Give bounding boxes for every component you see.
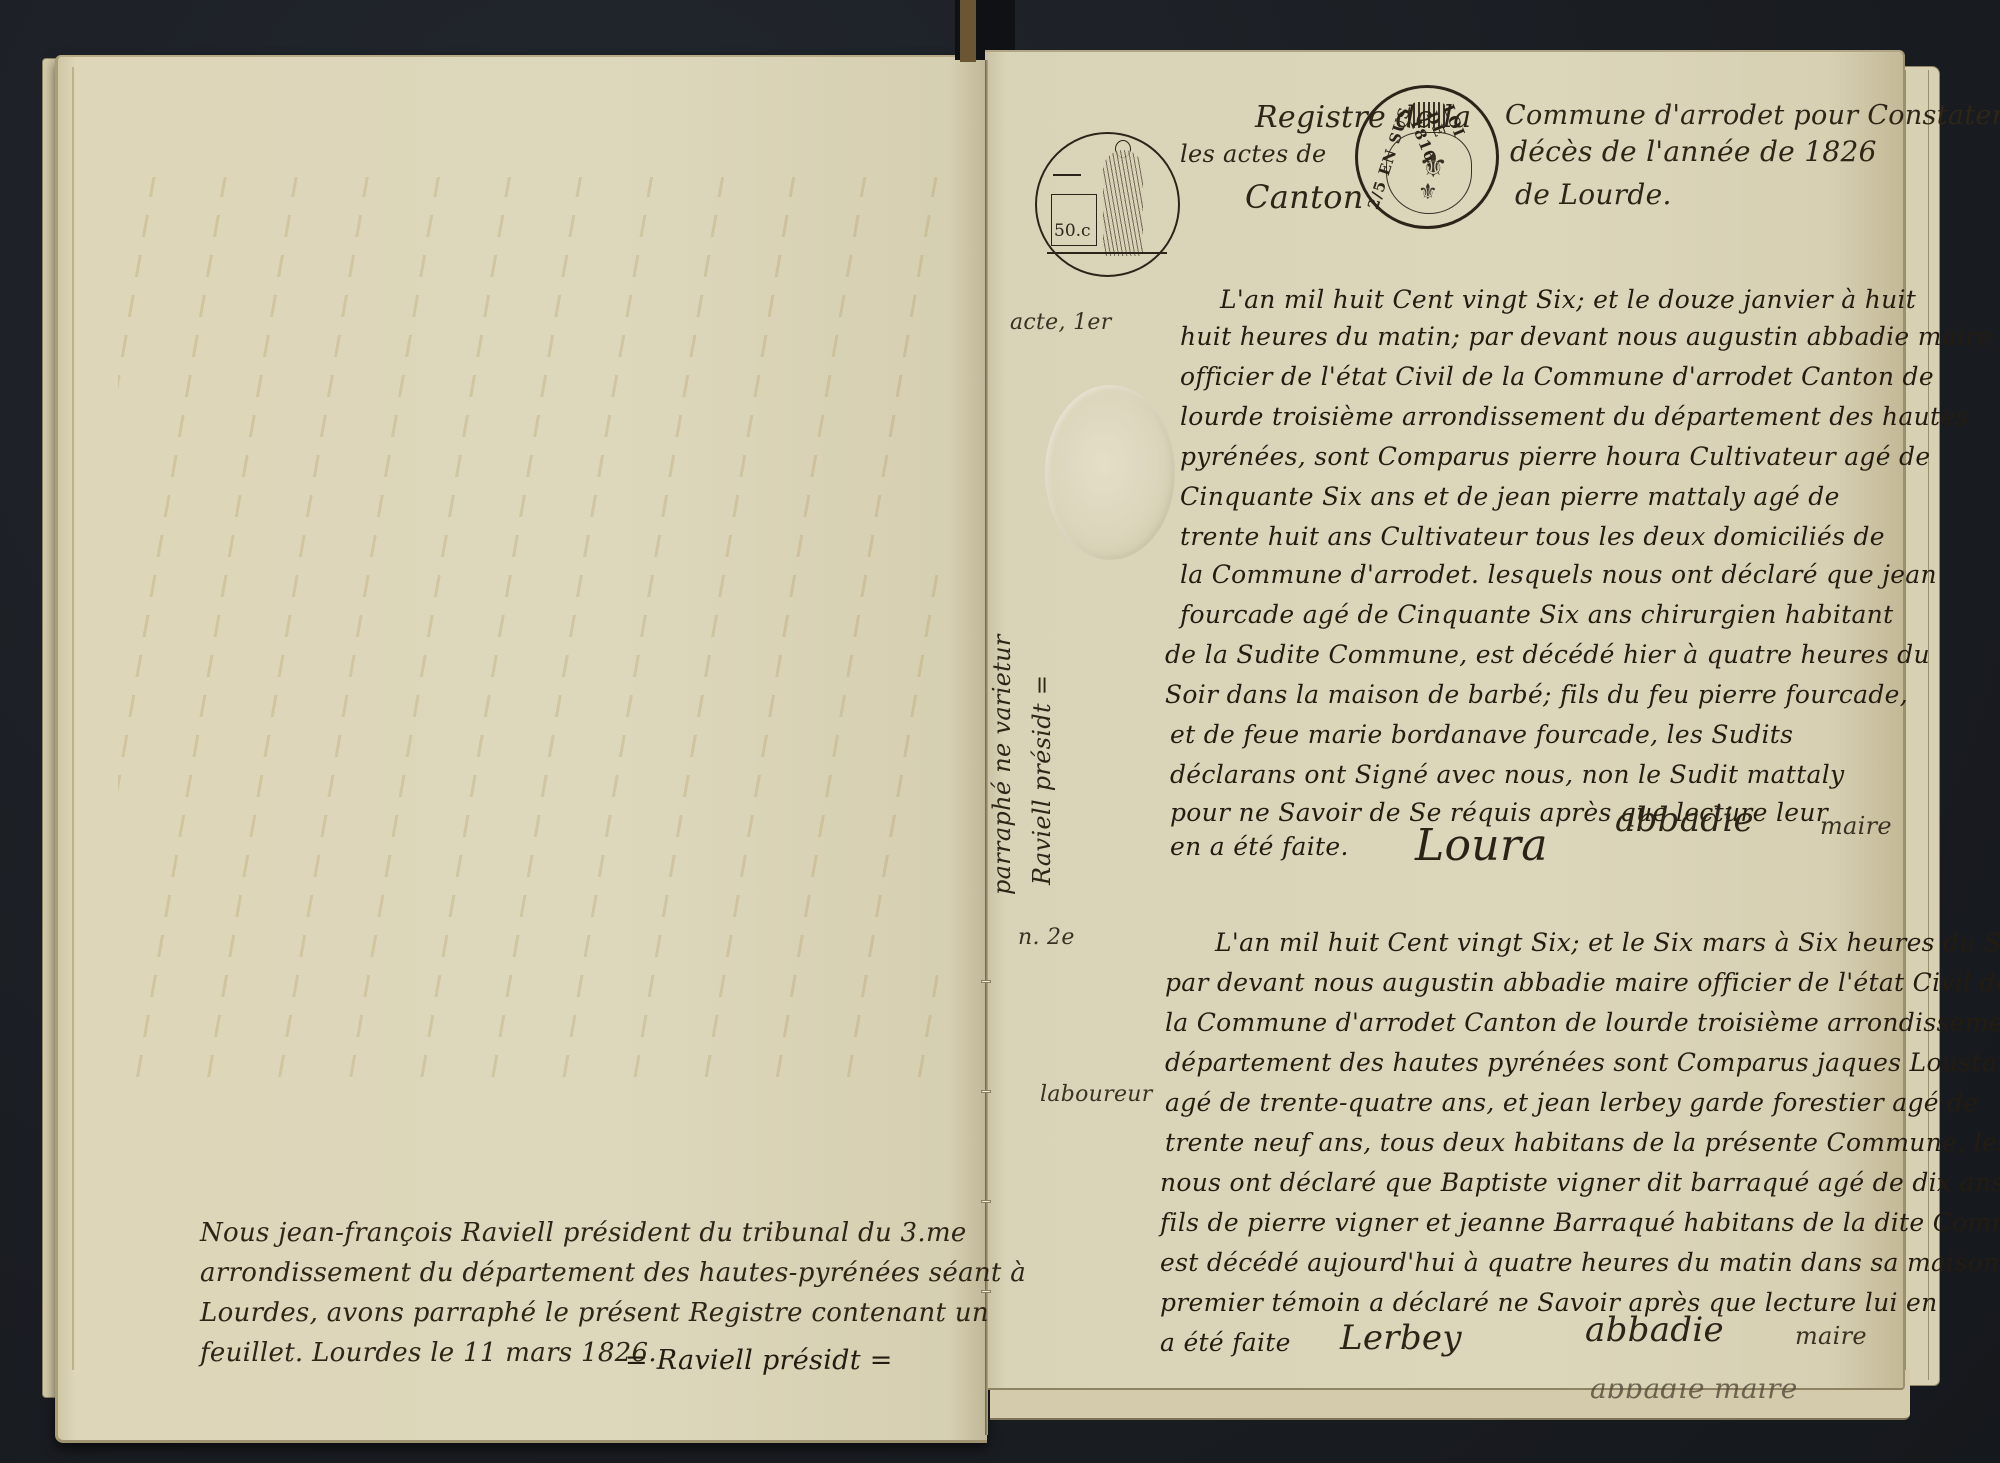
stamp-base-line bbox=[1047, 252, 1167, 254]
act2-line: L'an mil huit Cent vingt Six; et le Six … bbox=[1215, 928, 2000, 957]
act1-line: en a été faite. bbox=[1170, 832, 1349, 861]
act1-line: de la Sudite Commune, est décédé hier à … bbox=[1165, 640, 1930, 669]
fleur-de-lis-small-icon: ⚜ bbox=[1418, 180, 1438, 205]
act2-margin-label: n. 2e bbox=[1018, 925, 1075, 950]
vertical-margin-note-line2: Raviell présidt = bbox=[1028, 675, 1056, 885]
heading-line2-left: les actes de bbox=[1180, 140, 1327, 168]
heading-line2-right: décès de l'année de 1826 bbox=[1510, 135, 1877, 168]
act2-mayor-title: maire bbox=[1795, 1322, 1867, 1350]
act1-line: huit heures du matin; par devant nous au… bbox=[1180, 322, 1993, 351]
act2-line: département des hautes pyrénées sont Com… bbox=[1165, 1048, 2000, 1077]
scales-icon bbox=[1053, 174, 1081, 176]
act2-line: la Commune d'arrodet Canton de lourde tr… bbox=[1165, 1008, 2000, 1037]
binding-stitch bbox=[981, 980, 991, 983]
act2-line: nous ont déclaré que Baptiste vigner dit… bbox=[1160, 1168, 2000, 1197]
justice-figure bbox=[1103, 150, 1143, 256]
act2-line: trente neuf ans, tous deux habitans de l… bbox=[1165, 1128, 2000, 1157]
binding-stitch bbox=[981, 1290, 991, 1293]
act1-line: trente huit ans Cultivateur tous les deu… bbox=[1180, 522, 1885, 551]
binding-stitch bbox=[981, 1200, 991, 1203]
act1-line: officier de l'état Civil de la Commune d… bbox=[1180, 362, 1934, 391]
act1-line: lourde troisième arrondissement du dépar… bbox=[1180, 402, 1969, 431]
act1-margin-label: acte, 1er bbox=[1010, 310, 1112, 335]
act2-line: agé de trente-quatre ans, et jean lerbey… bbox=[1165, 1088, 1979, 1117]
certification-line: Nous jean-françois Raviell président du … bbox=[200, 1218, 967, 1248]
act2-margin-occupation: laboureur bbox=[1040, 1082, 1153, 1107]
act1-line: Cinquante Six ans et de jean pierre matt… bbox=[1180, 482, 1840, 511]
act1-line: la Commune d'arrodet. lesquels nous ont … bbox=[1180, 560, 1937, 589]
heading-line1-left: Registre de la bbox=[1255, 100, 1471, 135]
embossed-seal bbox=[1045, 385, 1175, 560]
heading-line3-left: Canton bbox=[1245, 178, 1364, 216]
act1-line: L'an mil huit Cent vingt Six; et le douz… bbox=[1220, 285, 1916, 314]
act1-line: fourcade agé de Cinquante Six ans chirur… bbox=[1180, 600, 1893, 629]
act2-line: par devant nous augustin abbadie maire o… bbox=[1165, 968, 2000, 997]
act1-mayor-signature: abbadie bbox=[1615, 800, 1754, 840]
left-page-inner-edge bbox=[72, 67, 74, 1370]
ink-bleed-through bbox=[118, 177, 938, 1077]
act2-line: fils de pierre vigner et jeanne Barraqué… bbox=[1160, 1208, 2000, 1237]
heading-line1-right: Commune d'arrodet pour Constater bbox=[1505, 100, 2000, 131]
act2-mayor-signature: abbadie bbox=[1585, 1310, 1724, 1350]
act1-mayor-title: maire bbox=[1820, 812, 1892, 840]
act2-witness-signature: Lerbey bbox=[1340, 1318, 1462, 1358]
act1-witness-signature: Loura bbox=[1415, 820, 1548, 871]
act2-line: a été faite bbox=[1160, 1328, 1291, 1357]
heading-line3-right: de Lourde. bbox=[1515, 178, 1672, 211]
certification-signature: = Raviell présidt = bbox=[625, 1345, 893, 1376]
act1-line: et de feue marie bordanave fourcade, les… bbox=[1170, 720, 1793, 749]
vertical-margin-note-line1: parraphé ne varietur bbox=[988, 634, 1016, 895]
act1-line: Soir dans la maison de barbé; fils du fe… bbox=[1165, 680, 1908, 709]
certification-line: Lourdes, avons parraphé le présent Regis… bbox=[200, 1298, 989, 1328]
act2-line: premier témoin a déclaré ne Savoir après… bbox=[1160, 1288, 1938, 1317]
binding-stitch bbox=[981, 1090, 991, 1093]
certification-line: arrondissement du département des hautes… bbox=[200, 1258, 1026, 1288]
act2-line: est décédé aujourd'hui à quatre heures d… bbox=[1160, 1248, 2000, 1277]
act1-line: pyrénées, sont Comparus pierre houra Cul… bbox=[1180, 442, 1930, 471]
spine-binding-tape bbox=[960, 0, 976, 62]
certification-line: feuillet. Lourdes le 11 mars 1826. bbox=[200, 1338, 657, 1368]
act1-line: déclarans ont Signé avec nous, non le Su… bbox=[1170, 760, 1844, 789]
justice-tax-stamp: 50.c bbox=[1035, 132, 1180, 277]
stamp-value: 50.c bbox=[1054, 221, 1091, 241]
